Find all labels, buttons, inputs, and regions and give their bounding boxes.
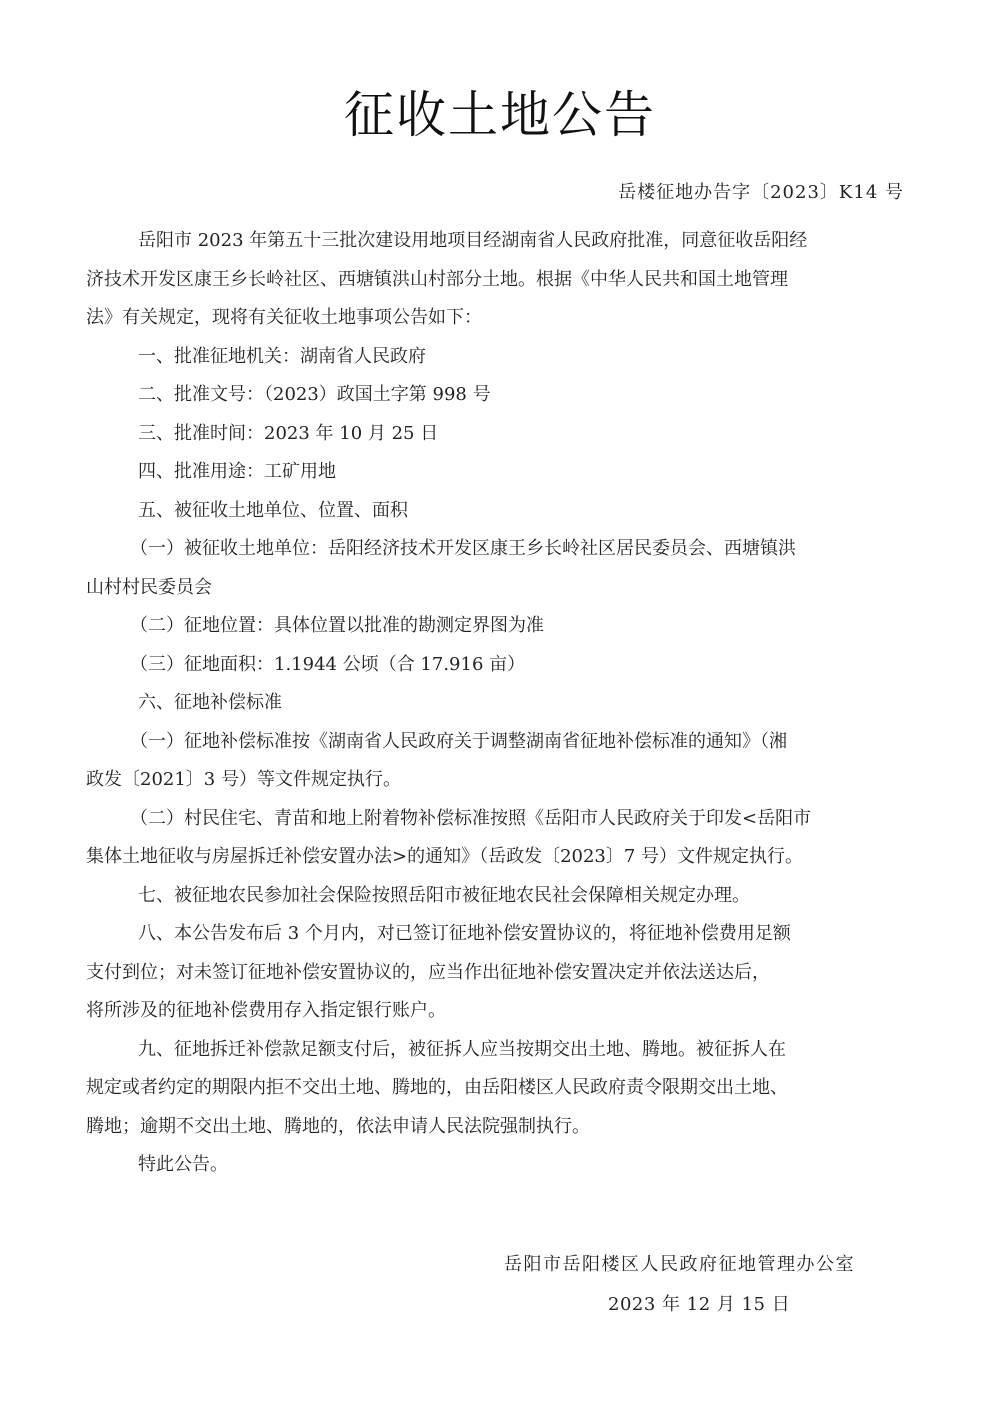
- text-line: 济技术开发区康王乡长岭社区、西塘镇洪山村部分土地。根据《中华人民共和国土地管理: [86, 261, 916, 300]
- document-title: 征收土地公告: [0, 80, 1000, 150]
- item-payment-deadline: 八、本公告发布后 3 个月内，对已签订征地补偿安置协议的，将征地补偿费用足额 支…: [86, 915, 916, 1031]
- text-line: 法》有关规定，现将有关征收土地事项公告如下：: [86, 299, 916, 338]
- item-housing-compensation: （二）村民住宅、青苗和地上附着物补偿标准按照《岳阳市人民政府关于印发<岳阳市 集…: [86, 800, 916, 877]
- text-line: 岳阳市 2023 年第五十三批次建设用地项目经湖南省人民政府批准，同意征收岳阳经: [86, 222, 916, 261]
- signature-date: 2023 年 12 月 15 日: [608, 1290, 790, 1320]
- text-line: （二）征地位置：具体位置以批准的勘测定界图为准: [86, 607, 916, 646]
- text-line: （二）村民住宅、青苗和地上附着物补偿标准按照《岳阳市人民政府关于印发<岳阳市: [86, 800, 916, 839]
- item-land-unit: （一）被征收土地单位：岳阳经济技术开发区康王乡长岭社区居民委员会、西塘镇洪 山村…: [86, 530, 916, 607]
- item-approval-authority: 一、批准征地机关：湖南省人民政府: [86, 338, 916, 377]
- text-line: 九、征地拆迁补偿款足额支付后，被征拆人应当按期交出土地、腾地。被征拆人在: [86, 1031, 916, 1070]
- item-compensation-standard: （一）征地补偿标准按《湖南省人民政府关于调整湖南省征地补偿标准的通知》（湘 政发…: [86, 723, 916, 800]
- text-line: 六、征地补偿标准: [86, 684, 916, 723]
- text-line: 特此公告。: [86, 1146, 916, 1185]
- item-land-unit-heading: 五、被征收土地单位、位置、面积: [86, 492, 916, 531]
- text-line: 规定或者约定的期限内拒不交出土地、腾地的，由岳阳楼区人民政府责令限期交出土地、: [86, 1069, 916, 1108]
- text-line: （三）征地面积：1.1944 公顷（合 17.916 亩）: [86, 646, 916, 685]
- text-line: 二、批准文号：（2023）政国土字第 998 号: [86, 376, 916, 415]
- text-line: 支付到位；对未签订征地补偿安置协议的，应当作出征地补偿安置决定并依法送达后，: [86, 954, 916, 993]
- item-approved-use: 四、批准用途：工矿用地: [86, 453, 916, 492]
- document-page: 征收土地公告 岳楼征地办告字〔2023〕K14 号 岳阳市 2023 年第五十三…: [0, 0, 1000, 1415]
- text-line: 七、被征地农民参加社会保险按照岳阳市被征地农民社会保障相关规定办理。: [86, 877, 916, 916]
- document-number: 岳楼征地办告字〔2023〕K14 号: [618, 178, 904, 208]
- text-line: 山村村民委员会: [86, 569, 916, 608]
- document-body: 岳阳市 2023 年第五十三批次建设用地项目经湖南省人民政府批准，同意征收岳阳经…: [86, 222, 916, 1185]
- signature-organization: 岳阳市岳阳楼区人民政府征地管理办公室: [504, 1250, 855, 1280]
- text-line: 一、批准征地机关：湖南省人民政府: [86, 338, 916, 377]
- item-approval-number: 二、批准文号：（2023）政国土字第 998 号: [86, 376, 916, 415]
- item-land-handover: 九、征地拆迁补偿款足额支付后，被征拆人应当按期交出土地、腾地。被征拆人在 规定或…: [86, 1031, 916, 1147]
- text-line: 三、批准时间：2023 年 10 月 25 日: [86, 415, 916, 454]
- item-land-location: （二）征地位置：具体位置以批准的勘测定界图为准: [86, 607, 916, 646]
- item-social-insurance: 七、被征地农民参加社会保险按照岳阳市被征地农民社会保障相关规定办理。: [86, 877, 916, 916]
- item-approval-date: 三、批准时间：2023 年 10 月 25 日: [86, 415, 916, 454]
- text-line: 五、被征收土地单位、位置、面积: [86, 492, 916, 531]
- text-line: 八、本公告发布后 3 个月内，对已签订征地补偿安置协议的，将征地补偿费用足额: [86, 915, 916, 954]
- text-line: （一）被征收土地单位：岳阳经济技术开发区康王乡长岭社区居民委员会、西塘镇洪: [86, 530, 916, 569]
- intro-paragraph: 岳阳市 2023 年第五十三批次建设用地项目经湖南省人民政府批准，同意征收岳阳经…: [86, 222, 916, 338]
- text-line: 腾地；逾期不交出土地、腾地的，依法申请人民法院强制执行。: [86, 1108, 916, 1147]
- item-compensation-heading: 六、征地补偿标准: [86, 684, 916, 723]
- text-line: 四、批准用途：工矿用地: [86, 453, 916, 492]
- text-line: 集体土地征收与房屋拆迁补偿安置办法>的通知》（岳政发〔2023〕7 号）文件规定…: [86, 838, 916, 877]
- item-land-area: （三）征地面积：1.1944 公顷（合 17.916 亩）: [86, 646, 916, 685]
- text-line: 政发〔2021〕3 号）等文件规定执行。: [86, 761, 916, 800]
- closing-statement: 特此公告。: [86, 1146, 916, 1185]
- text-line: 将所涉及的征地补偿费用存入指定银行账户。: [86, 992, 916, 1031]
- text-line: （一）征地补偿标准按《湖南省人民政府关于调整湖南省征地补偿标准的通知》（湘: [86, 723, 916, 762]
